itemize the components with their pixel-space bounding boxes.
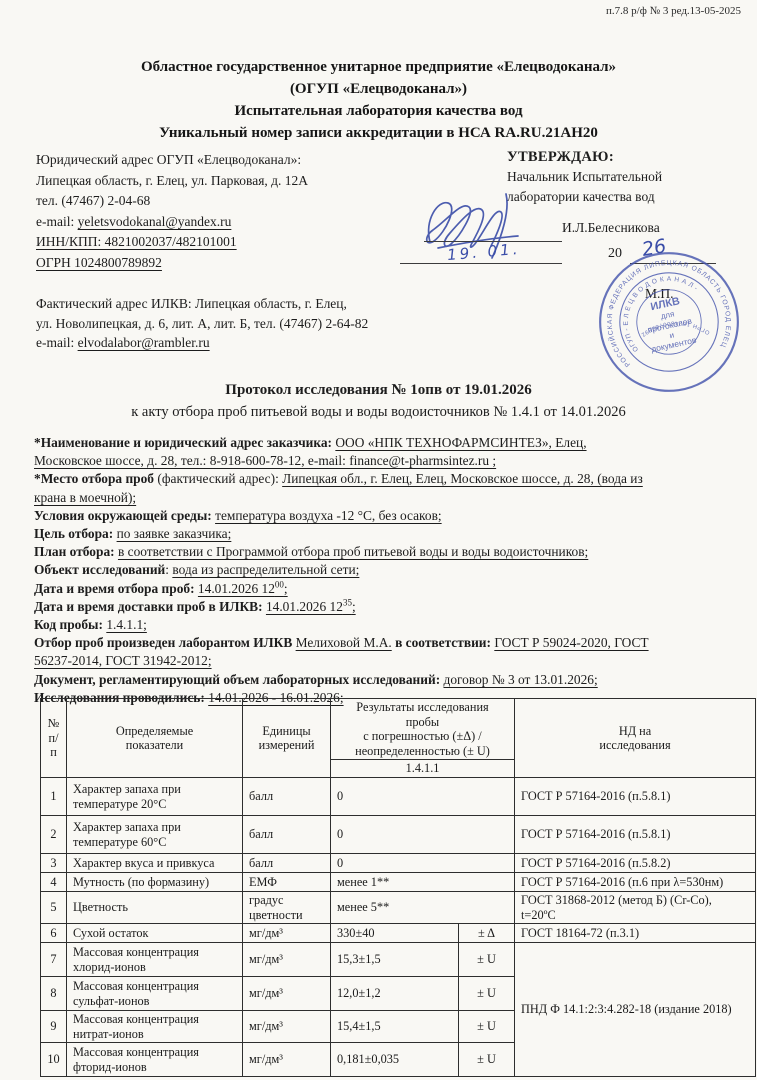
cell-indicator: Характер вкуса и привкуса: [67, 854, 243, 873]
cell-units: мг/дм³: [243, 943, 331, 977]
document-line: Документ, регламентирующий объем лаборат…: [34, 671, 740, 689]
cell-num: 8: [41, 977, 67, 1011]
protocol-title: Протокол исследования № 1опв от 19.01.20…: [0, 382, 757, 399]
actual-address-block: Фактический адрес ИЛКВ: Липецкая область…: [36, 294, 368, 353]
cell-uncert: ± U: [459, 943, 515, 977]
approver-position-line1: Начальник Испытательной: [507, 167, 662, 187]
lab-name: Испытательная лаборатория качества вод: [0, 100, 757, 122]
cell-result: 0,181±0,035: [331, 1043, 459, 1077]
actual-email: elvodalabor@rambler.ru: [78, 335, 210, 350]
cell-units: градус цветности: [243, 892, 331, 924]
cell-units: балл: [243, 816, 331, 854]
cell-indicator: Характер запаха при температуре 20°С: [67, 778, 243, 816]
cell-nd: ГОСТ 18164-72 (п.3.1): [515, 924, 756, 943]
place-line2: крана в моечной);: [34, 489, 740, 507]
cell-indicator: Массовая концентрация хлорид-ионов: [67, 943, 243, 977]
cell-units: мг/дм³: [243, 977, 331, 1011]
cell-units: мг/дм³: [243, 1043, 331, 1077]
svg-text:ОГУП - Е Л Е Ц В О Д О К А Н: ОГУП - Е Л Е Ц В О Д О К А Н А Л -: [617, 271, 707, 353]
cell-uncert: ± U: [459, 1011, 515, 1043]
cell-indicator: Массовая концентрация сульфат-ионов: [67, 977, 243, 1011]
stamp-ogrn-text: ОГРН 1024800789892: [638, 314, 712, 344]
legal-email-row: e-mail: yeletsvodokanal@yandex.ru: [36, 212, 308, 233]
customer-line2: Московское шоссе, д. 28, тел.: 8-918-600…: [34, 452, 740, 470]
cell-uncert: ± U: [459, 977, 515, 1011]
svg-text:ОГРН 1024800789892: ОГРН 1024800789892: [638, 314, 712, 344]
stamp-outer-ring-text: РОССИЙСКАЯ ФЕДЕРАЦИЯ ЛИПЕЦКАЯ ОБЛАСТЬ ГО…: [597, 252, 736, 370]
table-header-row: № п/п Определяемые показатели Единицы из…: [41, 699, 756, 760]
cell-result: менее 5**: [331, 892, 515, 924]
cell-num: 5: [41, 892, 67, 924]
cell-num: 7: [41, 943, 67, 977]
cell-units: мг/дм³: [243, 924, 331, 943]
cell-result: 330±40: [331, 924, 459, 943]
table-row: 4 Мутность (по формазину) ЕМФ менее 1** …: [41, 873, 756, 892]
round-stamp: РОССИЙСКАЯ ФЕДЕРАЦИЯ ЛИПЕЦКАЯ ОБЛАСТЬ ГО…: [588, 246, 750, 398]
protocol-subtitle: к акту отбора проб питьевой воды и воды …: [0, 404, 757, 421]
cell-nd: ГОСТ 31868-2012 (метод Б) (Cr-Co), t=20º…: [515, 892, 756, 924]
sample-code-header: 1.4.1.1: [331, 760, 515, 778]
approval-title: УТВЕРЖДАЮ:: [507, 147, 662, 167]
cell-result: 0: [331, 778, 515, 816]
table-row: 5 Цветность градус цветности менее 5** Г…: [41, 892, 756, 924]
col-header-results: Результаты исследования пробы с погрешно…: [331, 699, 515, 760]
cell-nd: ГОСТ Р 57164-2016 (п.5.8.1): [515, 816, 756, 854]
date-line: [400, 263, 562, 264]
table-row: 1 Характер запаха при температуре 20°С б…: [41, 778, 756, 816]
purpose-line: Цель отбора: по заявке заказчика;: [34, 525, 740, 543]
sampler-line1: Отбор проб произведен лаборантом ИЛКВ Ме…: [34, 634, 740, 652]
plan-line: План отбора: в соответствии с Программой…: [34, 543, 740, 561]
cell-nd-merged: ПНД Ф 14.1:2:3:4.282-18 (издание 2018): [515, 943, 756, 1077]
year-prefix: 20: [608, 246, 622, 262]
svg-text:РОССИЙСКАЯ ФЕДЕРАЦИЯ ЛИПЕЦКАЯ: РОССИЙСКАЯ ФЕДЕРАЦИЯ ЛИПЕЦКАЯ ОБЛАСТЬ ГО…: [597, 252, 736, 370]
org-short-name: (ОГУП «Елецводоканал»): [0, 78, 757, 100]
cell-units: ЕМФ: [243, 873, 331, 892]
actual-email-row: e-mail: elvodalabor@rambler.ru: [36, 333, 368, 353]
stamp-center-i: и: [669, 330, 675, 340]
cell-indicator: Цветность: [67, 892, 243, 924]
col-header-num: № п/п: [41, 699, 67, 778]
cell-result: 15,4±1,5: [331, 1011, 459, 1043]
email-label: e-mail:: [36, 214, 78, 229]
cell-units: балл: [243, 854, 331, 873]
org-header: Областное государственное унитарное пред…: [0, 56, 757, 144]
environment-line: Условия окружающей среды: температура во…: [34, 507, 740, 525]
cell-nd: ГОСТ Р 57164-2016 (п.5.8.2): [515, 854, 756, 873]
legal-phone: тел. (47467) 2-04-68: [36, 191, 308, 212]
cell-indicator: Массовая концентрация фторид-ионов: [67, 1043, 243, 1077]
legal-email: yeletsvodokanal@yandex.ru: [78, 214, 232, 229]
stamp-center-dokumentov: документов: [650, 335, 697, 354]
table-row: 2 Характер запаха при температуре 60°С б…: [41, 816, 756, 854]
revision-note: п.7.8 р/ф № 3 ред.13-05-2025: [606, 5, 741, 17]
sampler-line2: 56237-2014, ГОСТ 31942-2012;: [34, 652, 740, 670]
inn-kpp: ИНН/КПП: 4821002037/482101001: [36, 232, 308, 253]
actual-address-line2: ул. Новолипецкая, д. 6, лит. А, лит. Б, …: [36, 314, 368, 334]
stamp-center-dlya: для: [660, 309, 675, 321]
sample-code-line: Код пробы: 1.4.1.1;: [34, 616, 740, 634]
results-table: № п/п Определяемые показатели Единицы из…: [40, 698, 756, 1077]
cell-result: 0: [331, 816, 515, 854]
handwritten-year: 26: [640, 235, 668, 261]
table-row: 6 Сухой остаток мг/дм³ 330±40 ± Δ ГОСТ 1…: [41, 924, 756, 943]
cell-num: 4: [41, 873, 67, 892]
col-header-indicator: Определяемые показатели: [67, 699, 243, 778]
cell-nd: ГОСТ Р 57164-2016 (п.5.8.1): [515, 778, 756, 816]
table-row: 7 Массовая концентрация хлорид-ионов мг/…: [41, 943, 756, 977]
table-row: 3 Характер вкуса и привкуса балл 0 ГОСТ …: [41, 854, 756, 873]
legal-address-block: Юридический адрес ОГУП «Елецводоканал»: …: [36, 150, 308, 273]
cell-num: 10: [41, 1043, 67, 1077]
delivery-datetime-line: Дата и время доставки проб в ИЛКВ: 14.01…: [34, 598, 740, 616]
col-header-units: Единицы измерений: [243, 699, 331, 778]
actual-address-line1: Фактический адрес ИЛКВ: Липецкая область…: [36, 294, 368, 314]
place-line1: *Место отбора проб (фактический адрес): …: [34, 470, 740, 488]
cell-nd: ГОСТ Р 57164-2016 (п.6 при λ=530нм): [515, 873, 756, 892]
ogrn: ОГРН 1024800789892: [36, 253, 308, 274]
mp-label: М.П.: [645, 286, 674, 302]
approver-name: И.Л.Белесникова: [562, 220, 660, 236]
cell-units: мг/дм³: [243, 1011, 331, 1043]
cell-result: 0: [331, 854, 515, 873]
cell-num: 3: [41, 854, 67, 873]
cell-result: 15,3±1,5: [331, 943, 459, 977]
cell-num: 6: [41, 924, 67, 943]
cell-units: балл: [243, 778, 331, 816]
customer-line1: *Наименование и юридический адрес заказч…: [34, 434, 740, 452]
cell-uncert: ± U: [459, 1043, 515, 1077]
cell-indicator: Характер запаха при температуре 60°С: [67, 816, 243, 854]
cell-indicator: Массовая концентрация нитрат-ионов: [67, 1011, 243, 1043]
accreditation-number: Уникальный номер записи аккредитации в Н…: [0, 122, 757, 144]
col-header-nd: НД на исследования: [515, 699, 756, 778]
object-line: Объект исследований: вода из распределит…: [34, 561, 740, 579]
protocol-details: *Наименование и юридический адрес заказч…: [34, 434, 740, 707]
year-line: [630, 263, 716, 264]
cell-result: 12,0±1,2: [331, 977, 459, 1011]
org-name: Областное государственное унитарное пред…: [0, 56, 757, 78]
sampling-datetime-line: Дата и время отбора проб: 14.01.2026 120…: [34, 580, 740, 598]
cell-num: 9: [41, 1011, 67, 1043]
cell-num: 2: [41, 816, 67, 854]
cell-indicator: Сухой остаток: [67, 924, 243, 943]
scanned-protocol-page: п.7.8 р/ф № 3 ред.13-05-2025 Областное г…: [0, 0, 757, 1080]
stamp-inner-ring-text: ОГУП - Е Л Е Ц В О Д О К А Н А Л -: [617, 271, 707, 353]
stamp-center-protokolov: протоколов: [647, 316, 694, 335]
cell-result: менее 1**: [331, 873, 515, 892]
cell-uncert: ± Δ: [459, 924, 515, 943]
legal-address-line: Липецкая область, г. Елец, ул. Парковая,…: [36, 171, 308, 192]
cell-num: 1: [41, 778, 67, 816]
email-label: e-mail:: [36, 335, 78, 350]
cell-indicator: Мутность (по формазину): [67, 873, 243, 892]
legal-address-title: Юридический адрес ОГУП «Елецводоканал»:: [36, 150, 308, 171]
